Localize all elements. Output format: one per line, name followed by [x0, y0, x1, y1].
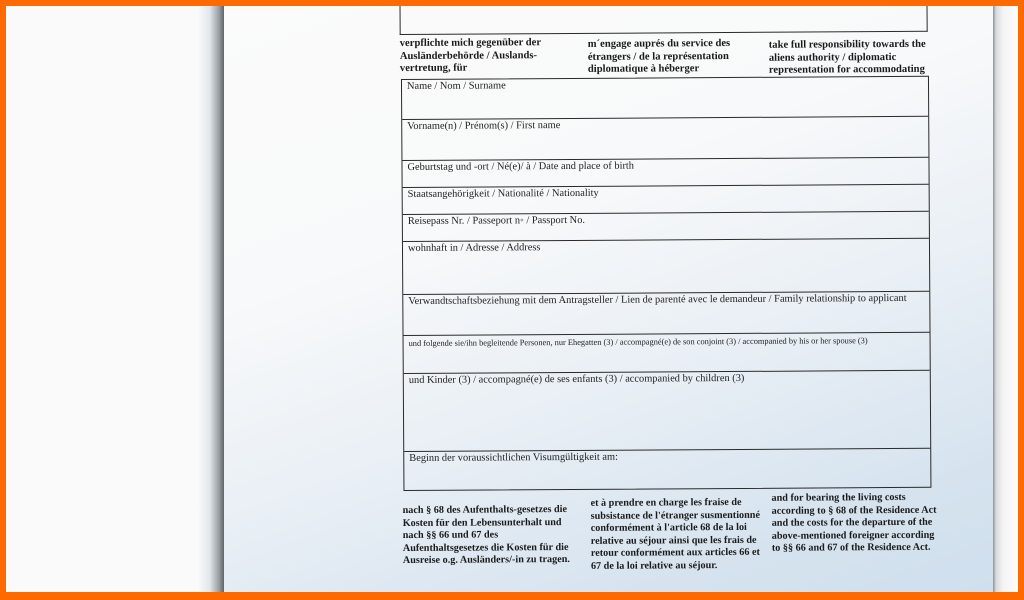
- field-label: und Kinder (3) / accompagné(e) de ses en…: [409, 373, 745, 386]
- footer-text-german: nach § 68 des Aufenthalts-gesetzes die K…: [403, 504, 573, 568]
- footer-text-english: and for bearing the living costs accordi…: [771, 492, 941, 556]
- page-right-edge: [993, 6, 1018, 592]
- previous-section-box: [399, 6, 927, 35]
- field-nationality[interactable]: Staatsangehörigkeit / Nationalité / Nati…: [403, 184, 929, 214]
- field-passport-number[interactable]: Reisepass Nr. / Passeport n◦ / Passport …: [403, 211, 929, 241]
- intro-text-english: take full responsibility towards the ali…: [769, 39, 939, 78]
- field-birth-date-place[interactable]: Geburtstag und -ort / Né(e)/ à / Date an…: [402, 157, 928, 187]
- background-area: [6, 6, 202, 592]
- field-label: wohnhaft in / Adresse / Address: [408, 242, 541, 254]
- photo-frame: verpflichte mich gegenüber der Ausländer…: [6, 6, 1018, 592]
- field-family-relationship[interactable]: Verwandtschaftsbeziehung mit dem Antrags…: [403, 291, 929, 335]
- field-label: Beginn der voraussichtlichen Visumgültig…: [409, 452, 618, 464]
- field-address[interactable]: wohnhaft in / Adresse / Address: [403, 238, 929, 294]
- field-label: Verwandtschaftsbeziehung mit dem Antrags…: [408, 293, 906, 307]
- field-label: Name / Nom / Surname: [407, 80, 506, 92]
- intro-text-german: verpflichte mich gegenüber der Ausländer…: [400, 37, 565, 76]
- field-label: Staatsangehörigkeit / Nationalité / Nati…: [408, 188, 599, 200]
- field-label: Geburtstag und -ort / Né(e)/ à / Date an…: [407, 161, 634, 173]
- field-surname[interactable]: Name / Nom / Surname: [402, 77, 928, 119]
- document-page: verpflichte mich gegenüber der Ausländer…: [224, 6, 993, 592]
- field-accompanying-children[interactable]: und Kinder (3) / accompagné(e) de ses en…: [404, 370, 930, 451]
- field-visa-validity-start[interactable]: Beginn der voraussichtlichen Visumgültig…: [404, 448, 930, 490]
- intro-text-french: m´engage auprés du service des étrangers…: [588, 38, 758, 77]
- field-first-name[interactable]: Vorname(n) / Prénom(s) / First name: [402, 116, 928, 160]
- form-content: verpflichte mich gegenüber der Ausländer…: [224, 6, 997, 592]
- field-label: Reisepass Nr. / Passeport n◦ / Passport …: [408, 215, 585, 227]
- field-label: Vorname(n) / Prénom(s) / First name: [407, 120, 560, 132]
- guest-details-table: Name / Nom / Surname Vorname(n) / Prénom…: [401, 76, 932, 491]
- field-accompanying-spouse[interactable]: und folgende sie/ihn begleitende Persone…: [404, 332, 930, 373]
- page-edge-shadow: [198, 6, 224, 592]
- field-label: und folgende sie/ihn begleitende Persone…: [409, 336, 868, 348]
- footer-text-french: et à prendre en charge les fraise de sub…: [591, 497, 761, 574]
